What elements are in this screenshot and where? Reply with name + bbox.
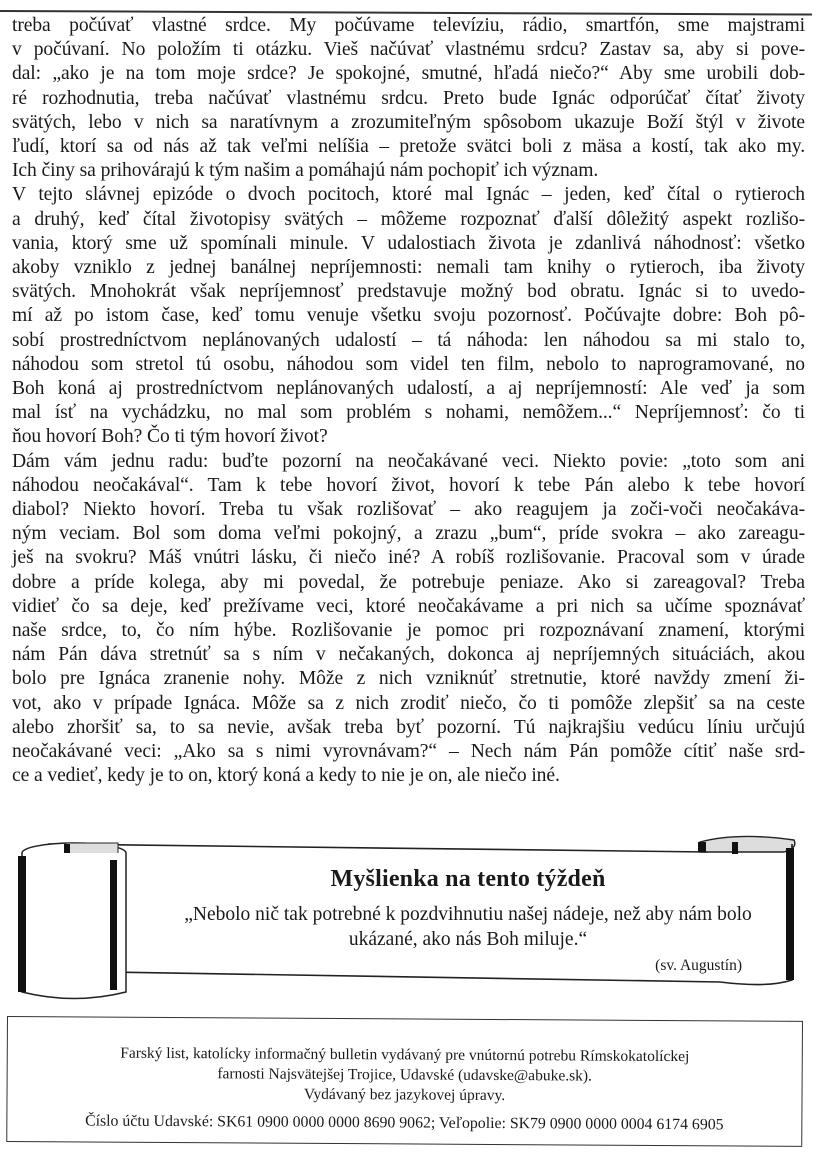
text-line: mal ísť na vychádzku, no mal som problém… [12,401,805,425]
thought-quote: „Nebolo nič tak potrebné k pozdvihnutiu … [128,902,808,952]
article-body: treba počúvať vlastné srdce. My počúvame… [12,14,805,789]
text-line: alebo zhoršiť sa, to sa nevie, avšak tre… [12,716,805,740]
text-line: ré rozhodnutia, treba načúvať vlastnému … [12,87,805,111]
text-line: V tejto slávnej epizóde o dvoch pocitoch… [12,183,805,207]
text-line: mí až po istom čase, keď tomu venuje vše… [12,304,805,328]
text-line: neočakávané veci: „Ako sa s nimi vyrovná… [12,740,805,764]
text-line: Ich činy sa prihovárajú k tým našim a po… [12,159,805,183]
text-line: dal: „ako je na tom moje srdce? Je spoko… [12,62,805,86]
text-line: ľudí, ktorí sa od nás až tak veľmi nelíš… [12,135,805,159]
text-line: Dám vám jednu radu: buďte pozorní na neo… [12,450,805,474]
quote-line: „Nebolo nič tak potrebné k pozdvihnutiu … [128,902,808,927]
text-line: ješ na svokru? Máš vnútri lásku, či nieč… [12,546,805,570]
text-line: diabol? Niekto hovorí. Treba tu však roz… [12,498,805,522]
thought-of-week-scroll: Myšlienka na tento týždeň „Nebolo nič ta… [8,830,812,1000]
text-line: naše srdce, to, čo ním hýbe. Rozlišovani… [12,619,805,643]
text-line: dobre a príde kolega, aby mi povedal, že… [12,571,805,595]
text-line: náhodou som stretol tú osobu, náhodou so… [12,353,805,377]
text-line: akoby vzniklo z jednej banálnej nepríjem… [12,256,805,280]
text-line: vania, ktorý sme už spomínali minule. V … [12,232,805,256]
text-line: náhodou neočakával“. Tam k tebe hovorí ž… [12,474,805,498]
bulletin-footer-box: Farský list, katolícky informačný bullet… [6,1016,803,1147]
quote-author: (sv. Augustín) [655,957,742,975]
text-line: v počúvaní. No položím ti otázku. Vieš n… [12,38,805,62]
paragraph-3: Dám vám jednu radu: buďte pozorní na neo… [12,450,805,789]
text-line: svätých. Mnohokrát však nepríjemnosť pre… [12,280,805,304]
text-line: bolo pre Ignáca zranenie nohy. Môže z ni… [12,667,805,691]
text-line: ňou hovorí Boh? Čo ti tým hovorí život? [12,425,805,449]
paragraph-2: V tejto slávnej epizóde o dvoch pocitoch… [12,183,805,449]
text-line: treba počúvať vlastné srdce. My počúvame… [12,14,805,38]
quote-line: ukázané, ako nás Boh miluje.“ [128,927,808,952]
text-line: nám Pán dáva stretnúť sa s ním v nečakan… [12,643,805,667]
footer-edit-note: Vydávaný bez jazykovej úpravy. [7,1083,801,1108]
text-line: sobí prostredníctvom neplánovaných udalo… [12,329,805,353]
text-line: svätých, lebo v nich sa naratívnym a zro… [12,111,805,135]
text-line: vot, ako v prípade Ignáca. Môže sa z nic… [12,692,805,716]
text-line: ným veciam. Bol som doma veľmi pokojný, … [12,522,805,546]
footer-bank-accounts: Číslo účtu Udavské: SK61 0900 0000 0000 … [7,1111,801,1136]
thought-title: Myšlienka na tento týždeň [128,866,808,893]
text-line: ce a vedieť, kedy je to on, ktorý koná a… [12,764,805,788]
text-line: a druhý, keď čítal životopisy svätých – … [12,208,805,232]
text-line: Boh koná aj prostredníctvom neplánovanýc… [12,377,805,401]
paragraph-1: treba počúvať vlastné srdce. My počúvame… [12,14,805,183]
text-line: vidieť čo sa deje, keď prežívame veci, k… [12,595,805,619]
